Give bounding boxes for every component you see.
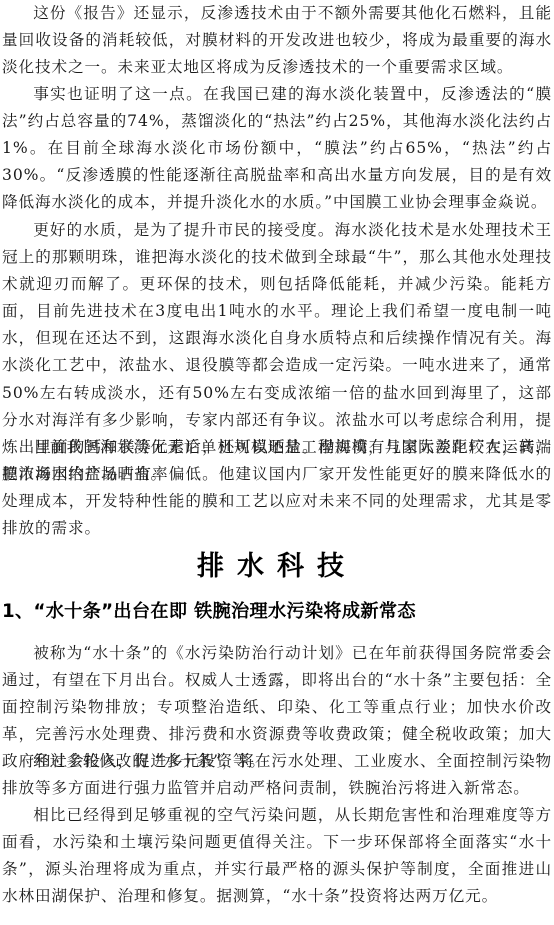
paragraph-membrane-share: 事实也证明了这一点。在我国已建的海水淡化装置中，反渗透法的“膜法”约占总容量的7… [2,81,552,216]
paragraph-domestic-gap: 目前我国海水淡化无论单机规模还是工程规模，与国际差距较大，高端膜市场国内产品占有… [2,434,552,542]
paragraph-investment: 相比已经得到足够重视的空气污染问题，从长期危害性和治理难度等方面看，水污染和土壤… [2,802,552,910]
document-page: 这份《报告》还显示，反渗透技术由于不额外需要其他化石燃料，且能量回收设备的消耗较… [0,0,554,925]
paragraph-revisions: 经过多轮修改的 “水十条”，将在污水处理、工业废水、全面控制污染物排放等多方面进… [2,748,552,802]
paragraph-report-ro: 这份《报告》还显示，反渗透技术由于不额外需要其他化石燃料，且能量回收设备的消耗较… [2,0,552,81]
section-title: 排水科技 [0,544,554,583]
article-heading: 1、“水十条”出台在即 铁腕治理水污染将成新常态 [2,597,416,623]
